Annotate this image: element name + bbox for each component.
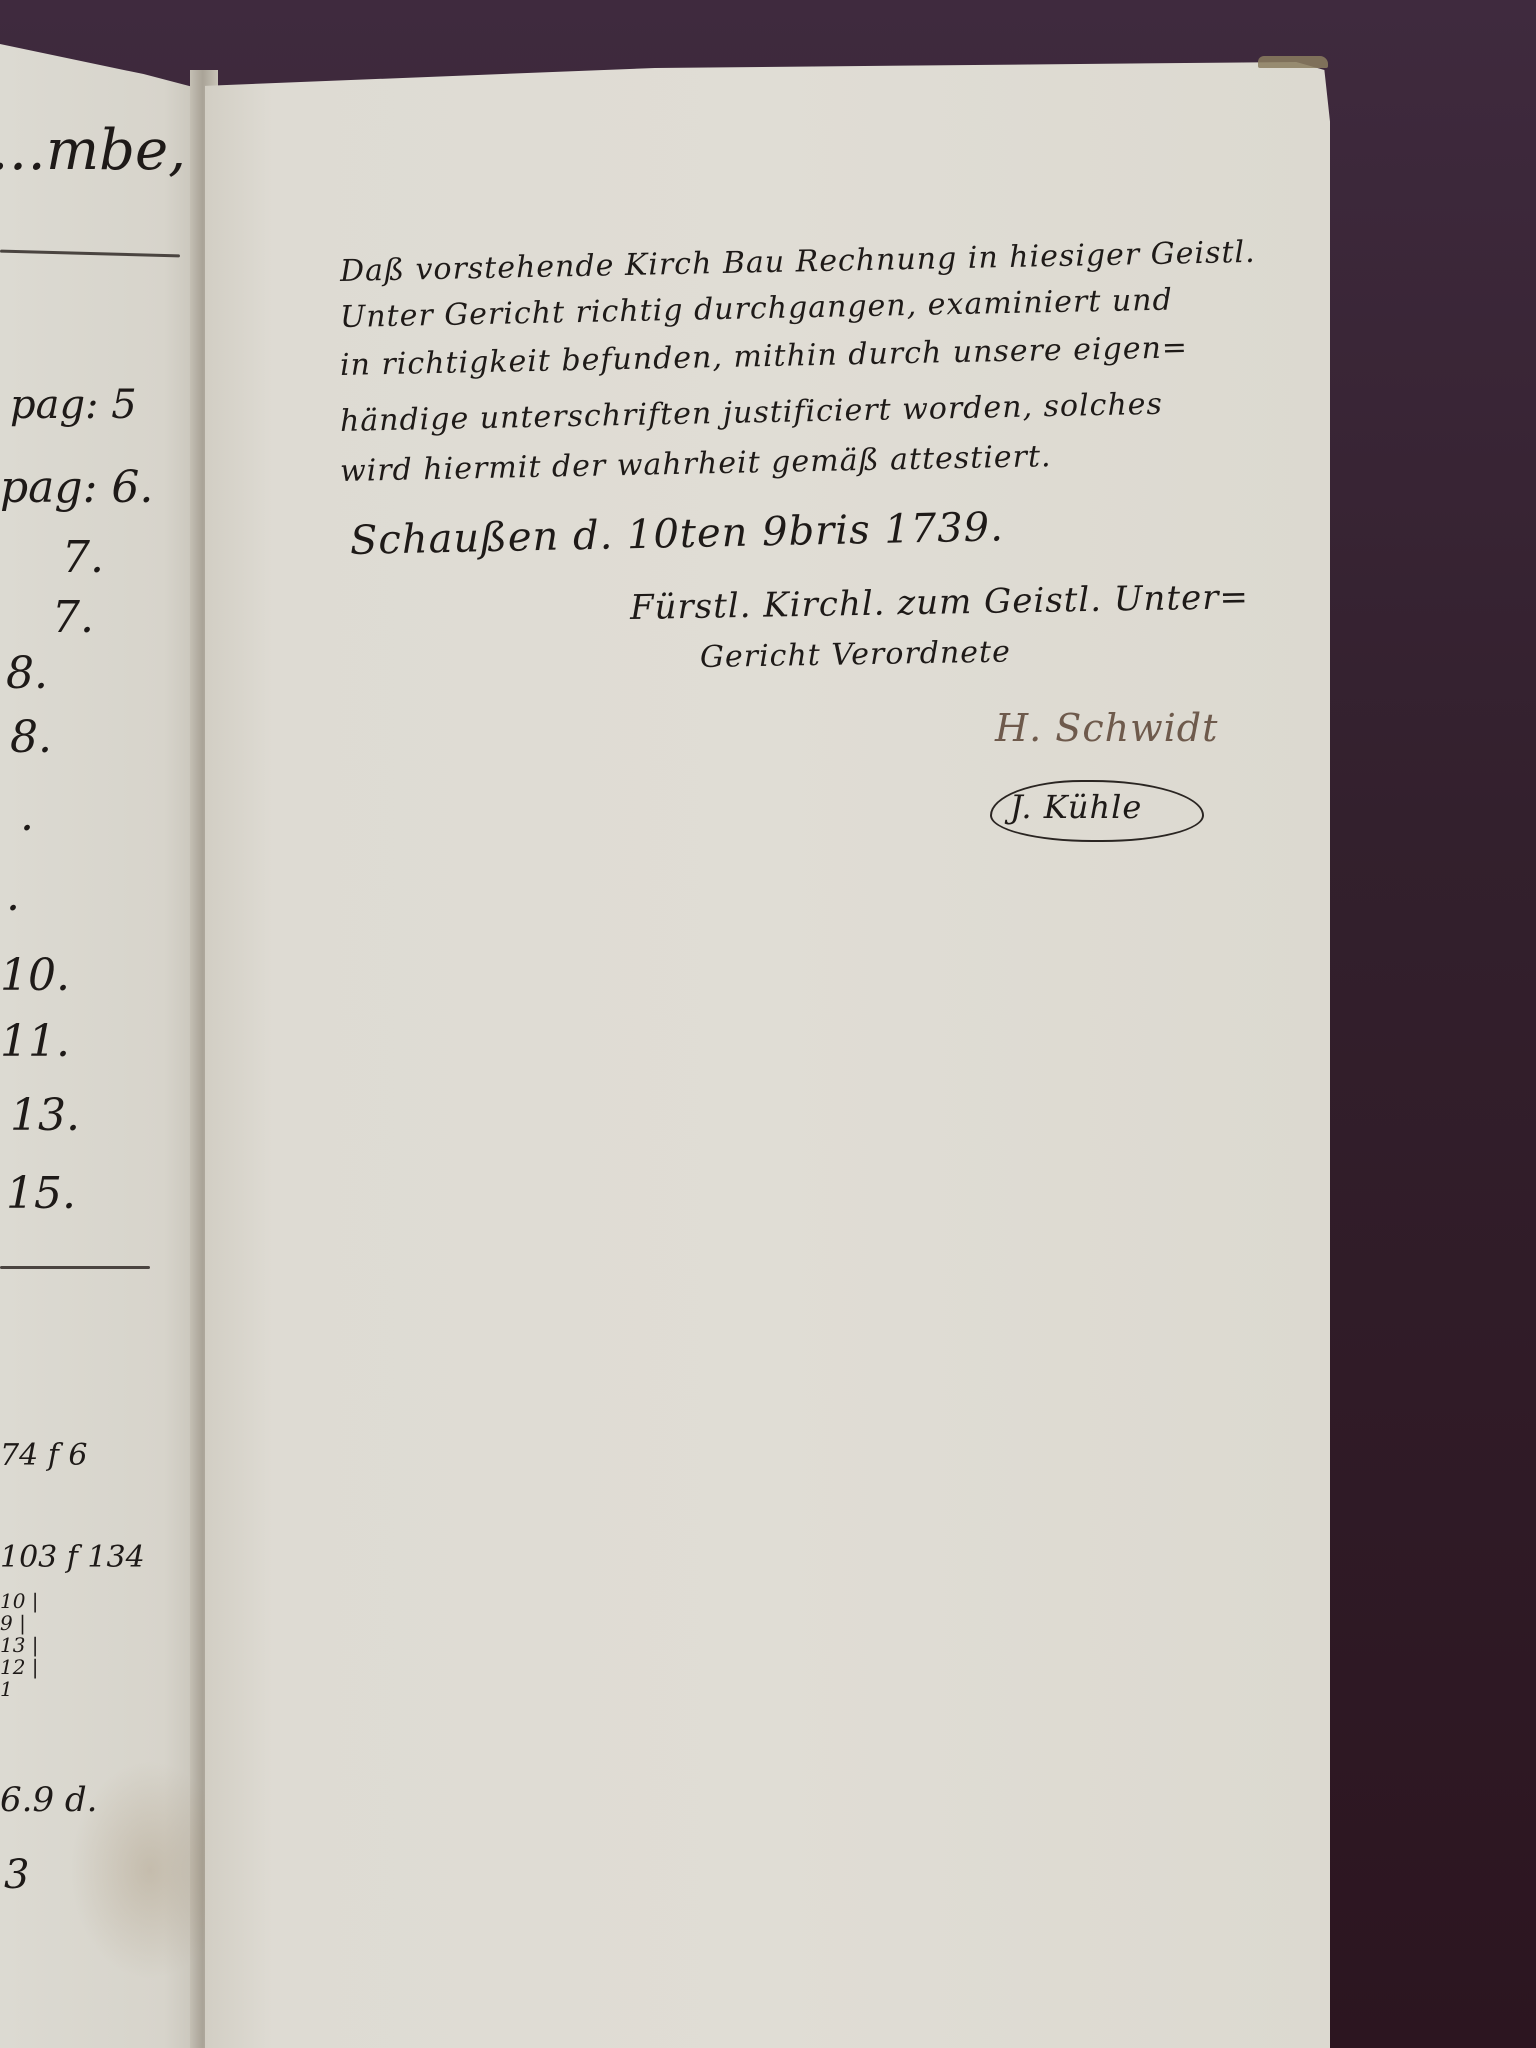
- left-heading-fragment: …mbe,: [0, 118, 186, 183]
- amount: 3: [4, 1852, 29, 1898]
- page-ref: 11.: [0, 1016, 70, 1067]
- page-ref: 7.: [62, 532, 104, 583]
- page-tab: [1258, 56, 1328, 68]
- page-ref: 7.: [52, 592, 94, 643]
- amount-column: 10 | 9 | 13 | 12 | 1: [0, 1590, 40, 1700]
- page-ref: 15.: [6, 1168, 76, 1219]
- left-bottom-rule: [0, 1266, 150, 1269]
- page-ref: 8.: [6, 648, 48, 699]
- page-ref: pag: 5: [10, 382, 137, 428]
- page-ref: .: [20, 790, 34, 841]
- issuer-line: Gericht Verordnete: [700, 635, 1011, 675]
- amount: 74 f 6: [0, 1438, 87, 1473]
- page-ref: pag: 6.: [0, 462, 153, 513]
- signature: J. Kühle: [1010, 788, 1142, 826]
- signature: H. Schwidt: [995, 706, 1218, 750]
- page-ref: 13.: [10, 1090, 80, 1141]
- page-ref: 8.: [10, 712, 52, 763]
- amount: 103 f 134: [0, 1540, 145, 1575]
- amount: 6.9 d.: [0, 1780, 97, 1820]
- page-ref: .: [6, 870, 20, 921]
- page-ref: 10.: [0, 950, 70, 1001]
